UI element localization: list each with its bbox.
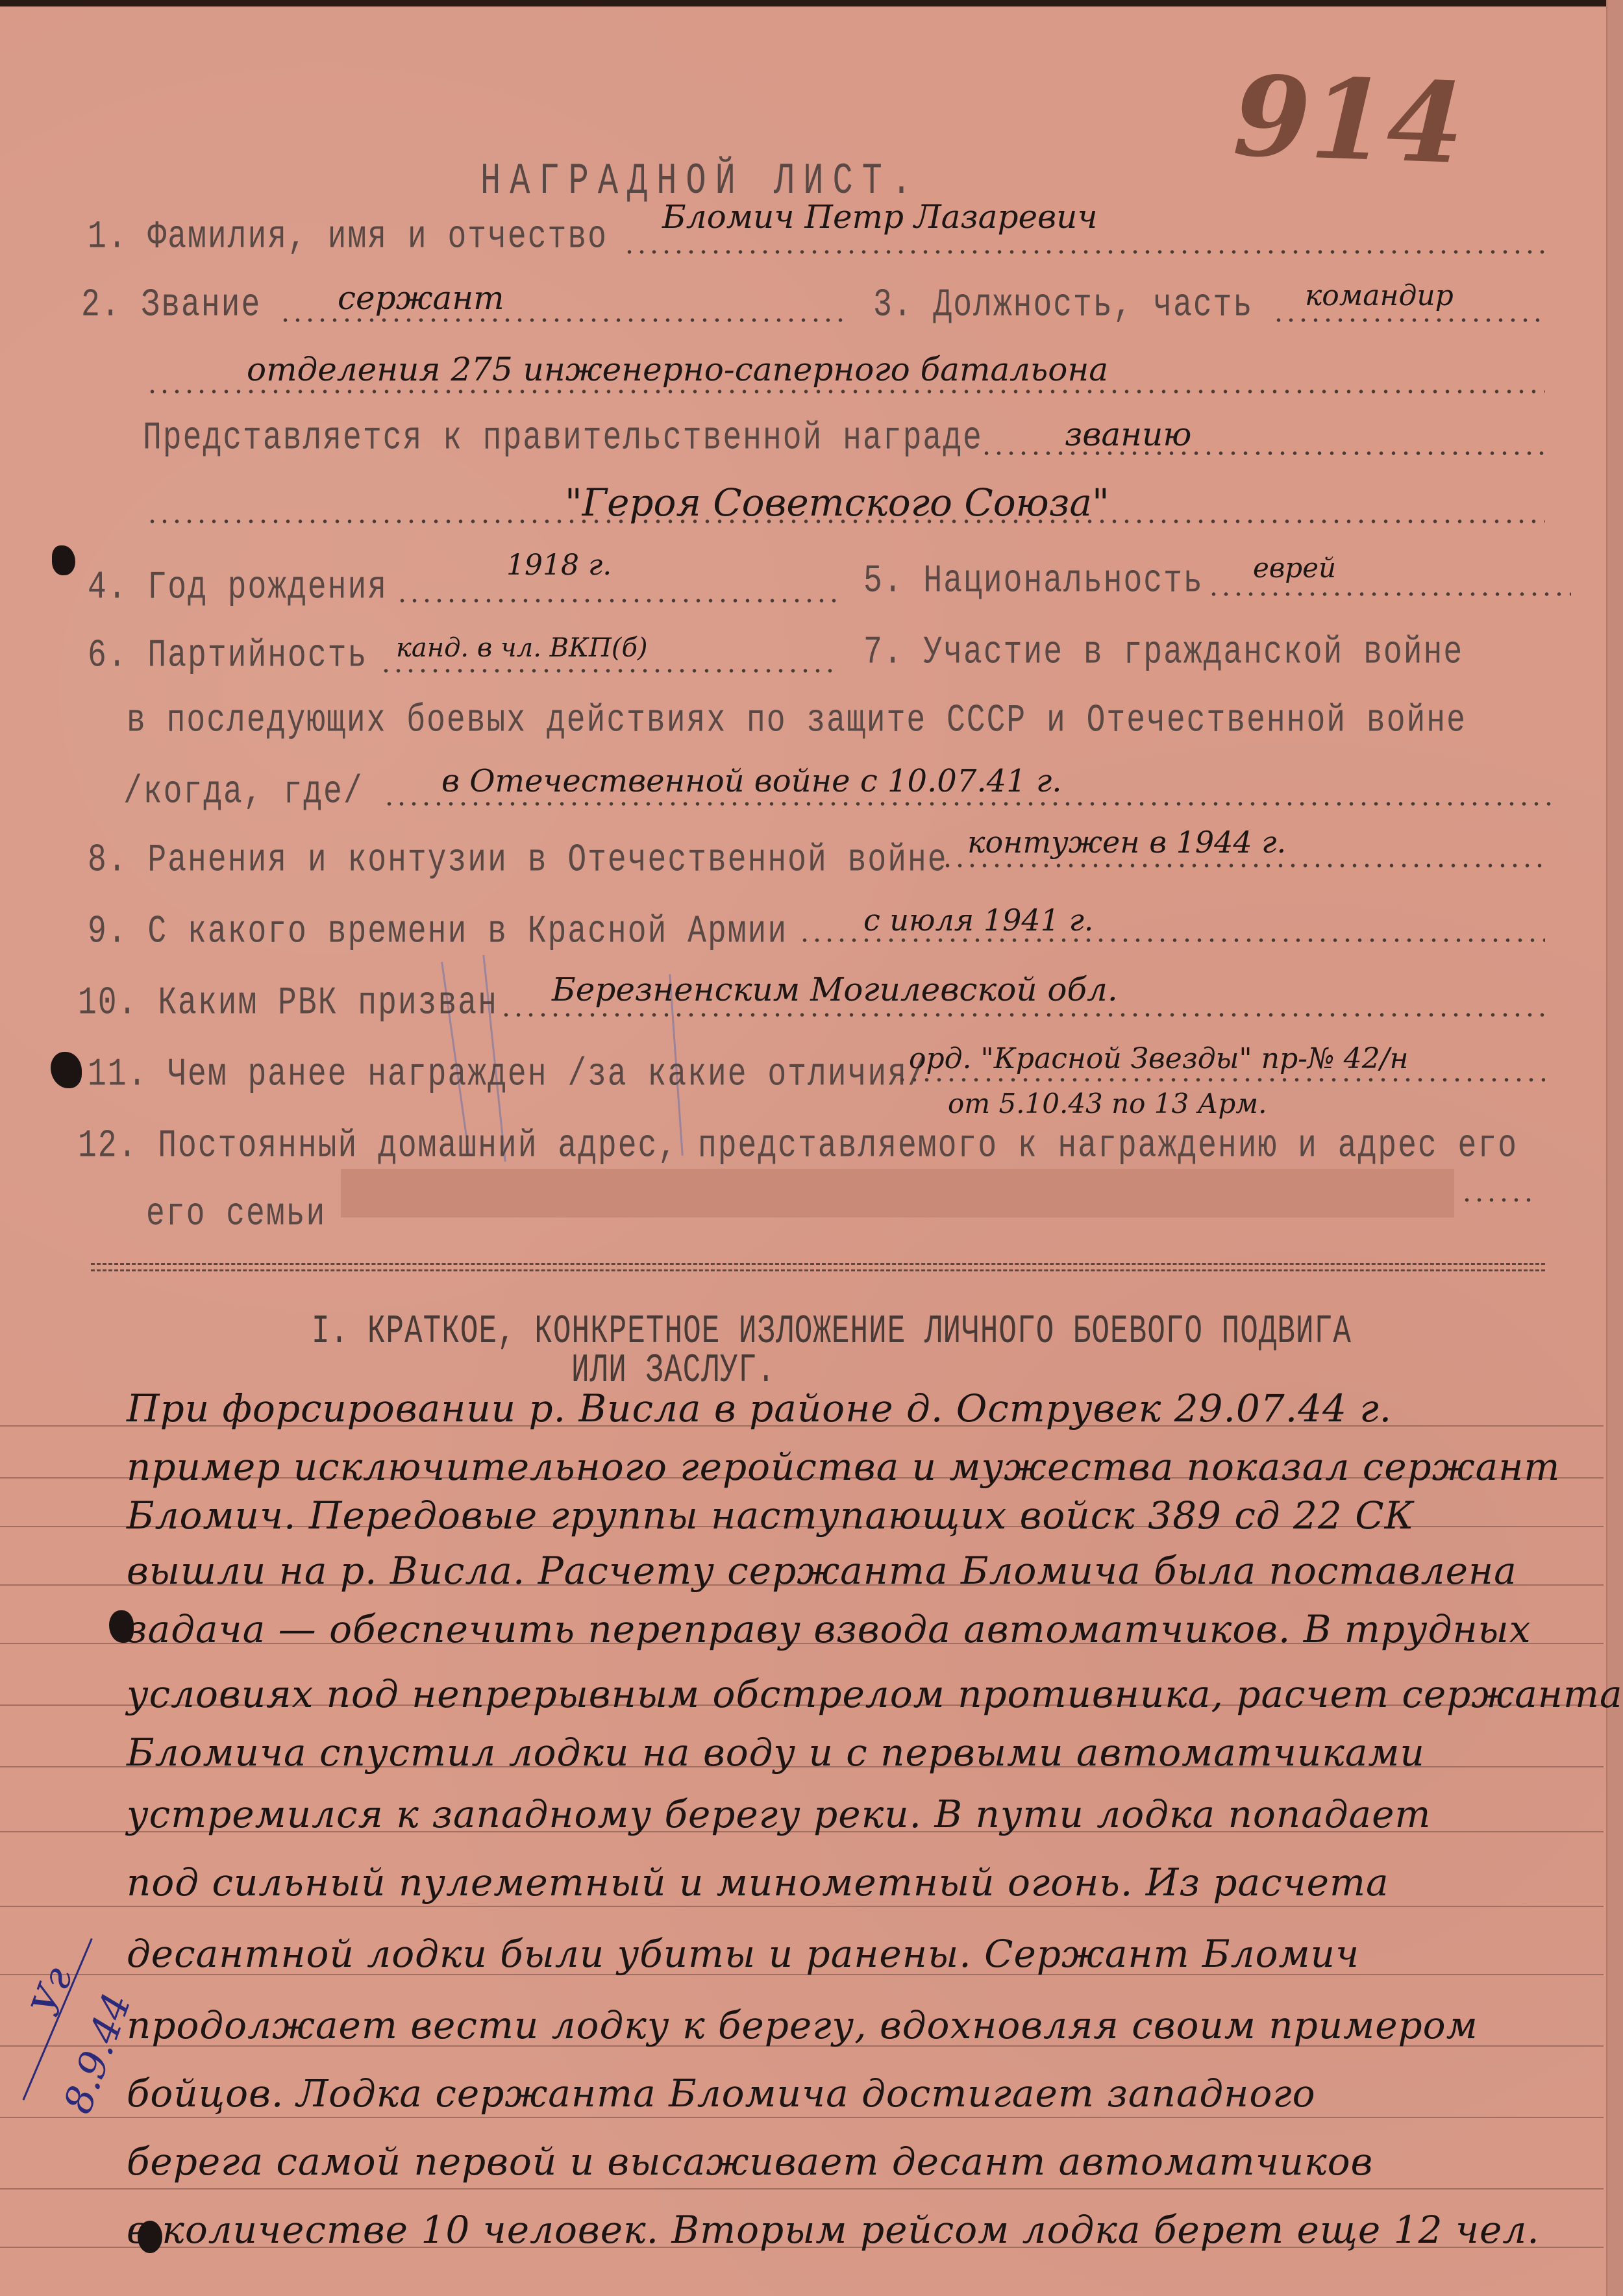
field-war-participation-value: в Отечественной войне с 10.07.41 г. bbox=[441, 763, 1061, 799]
field-nationality-value: еврей bbox=[1253, 552, 1336, 584]
award-value-a: званию bbox=[1065, 416, 1191, 453]
punch-hole bbox=[52, 545, 75, 575]
ruled-line bbox=[0, 1906, 1604, 1907]
narrative-line: Бломич. Передовые группы наступающих вой… bbox=[127, 1493, 1415, 1538]
field-prior-awards-value-b: от 5.10.43 по 13 Арм. bbox=[948, 1088, 1267, 1119]
ruled-line bbox=[0, 2117, 1604, 2118]
leader-dots bbox=[146, 390, 1545, 393]
leader-dots bbox=[396, 599, 837, 603]
field-when-where-label: /когда, где/ bbox=[123, 771, 364, 815]
page-right-edge bbox=[1606, 0, 1623, 2296]
field-rank-label: 2. Звание bbox=[81, 284, 261, 328]
leader-dots bbox=[380, 669, 834, 673]
field-later-actions-label: в последующих боевых действиях по защите… bbox=[127, 699, 1467, 743]
narrative-line: продолжает вести лодку к берегу, вдохнов… bbox=[127, 2003, 1478, 2047]
field-army-since-value: с июля 1941 г. bbox=[863, 903, 1093, 938]
field-birth-year-label: 4. Год рождения bbox=[88, 566, 388, 610]
narrative-line: десантной лодки были убиты и ранены. Сер… bbox=[127, 1932, 1359, 1976]
narrative-line: устремился к западному берегу реки. В пу… bbox=[127, 1792, 1431, 1836]
leader-dots bbox=[941, 864, 1545, 867]
section-heading: I. КРАТКОЕ, КОНКРЕТНОЕ ИЗЛОЖЕНИЕ ЛИЧНОГО… bbox=[312, 1309, 1352, 1354]
field-position-value-a: командир bbox=[1305, 279, 1454, 312]
leader-dots bbox=[623, 250, 1545, 254]
field-nationality-label: 5. Национальность bbox=[863, 560, 1204, 604]
narrative-line: Бломича спустил лодки на воду и с первым… bbox=[127, 1730, 1425, 1775]
field-name-label: 1. Фамилия, имя и отчество bbox=[88, 216, 608, 260]
award-value-b: "Героя Советского Союза" bbox=[565, 480, 1109, 525]
narrative-line: в количестве 10 человек. Вторым рейсом л… bbox=[127, 2208, 1540, 2252]
field-wounds-label: 8. Ранения и контузии в Отечественной во… bbox=[88, 839, 948, 883]
field-position-label: 3. Должность, часть bbox=[873, 284, 1253, 328]
leader-dots bbox=[1461, 1198, 1539, 1202]
field-rank-value: сержант bbox=[338, 279, 504, 317]
leader-dots bbox=[896, 1078, 1545, 1082]
leader-dots bbox=[279, 318, 850, 322]
section-separator bbox=[91, 1263, 1545, 1267]
leader-dots bbox=[1208, 592, 1571, 596]
field-birth-year-value: 1918 г. bbox=[506, 549, 612, 582]
field-party-label: 6. Партийность bbox=[88, 634, 367, 679]
field-address-label: 12. Постоянный домашний адрес, представл… bbox=[78, 1125, 1518, 1169]
section-separator bbox=[91, 1269, 1545, 1274]
narrative-line: условиях под непрерывным обстрелом проти… bbox=[127, 1672, 1623, 1716]
page-top-edge bbox=[0, 0, 1623, 6]
field-family-label: его семьи bbox=[146, 1193, 326, 1237]
field-draft-office-value: Березненским Могилевской обл. bbox=[552, 971, 1118, 1008]
field-name-value: Бломич Петр Лазаревич bbox=[662, 198, 1097, 236]
leader-dots bbox=[500, 1013, 1545, 1017]
field-position-value-b: отделения 275 инженерно-саперного баталь… bbox=[247, 351, 1108, 388]
narrative-line: под сильный пулеметный и минометный огон… bbox=[127, 1860, 1389, 1904]
punch-hole bbox=[109, 1610, 134, 1643]
field-party-value: канд. в чл. ВКП(б) bbox=[396, 633, 648, 663]
leader-dots bbox=[1272, 318, 1545, 322]
ruled-line bbox=[0, 2188, 1604, 2190]
punch-hole bbox=[51, 1052, 82, 1088]
field-draft-office-label: 10. Каким РВК призван bbox=[78, 982, 498, 1026]
leader-dots bbox=[383, 802, 1552, 806]
narrative-line: пример исключительного геройства и мужес… bbox=[127, 1445, 1560, 1489]
narrative-line: берега самой первой и высаживает десант … bbox=[127, 2140, 1373, 2184]
narrative-line: При форсировании р. Висла в районе д. Ос… bbox=[127, 1386, 1392, 1430]
redacted-address bbox=[341, 1169, 1454, 1217]
narrative-line: вышли на р. Висла. Расчету сержанта Блом… bbox=[127, 1549, 1517, 1593]
field-prior-awards-value-a: орд. "Красной Звезды" пр-№ 42/н bbox=[909, 1042, 1408, 1075]
archive-number: 914 bbox=[1232, 51, 1467, 189]
field-civil-war-label: 7. Участие в гражданской войне bbox=[863, 631, 1463, 675]
field-wounds-value: контужен в 1944 г. bbox=[967, 825, 1286, 860]
narrative-line: задача — обеспечить переправу взвода авт… bbox=[127, 1607, 1531, 1651]
narrative-line: бойцов. Лодка сержанта Бломича достигает… bbox=[127, 2071, 1316, 2115]
field-army-since-label: 9. С какого времени в Красной Армии bbox=[88, 910, 787, 955]
leader-dots bbox=[799, 938, 1545, 942]
field-prior-awards-label: 11. Чем ранее награжден /за какие отличи… bbox=[88, 1053, 928, 1097]
margin-note-top: Уг bbox=[23, 1962, 82, 2022]
award-label: Представляется к правительственной награ… bbox=[143, 417, 983, 461]
